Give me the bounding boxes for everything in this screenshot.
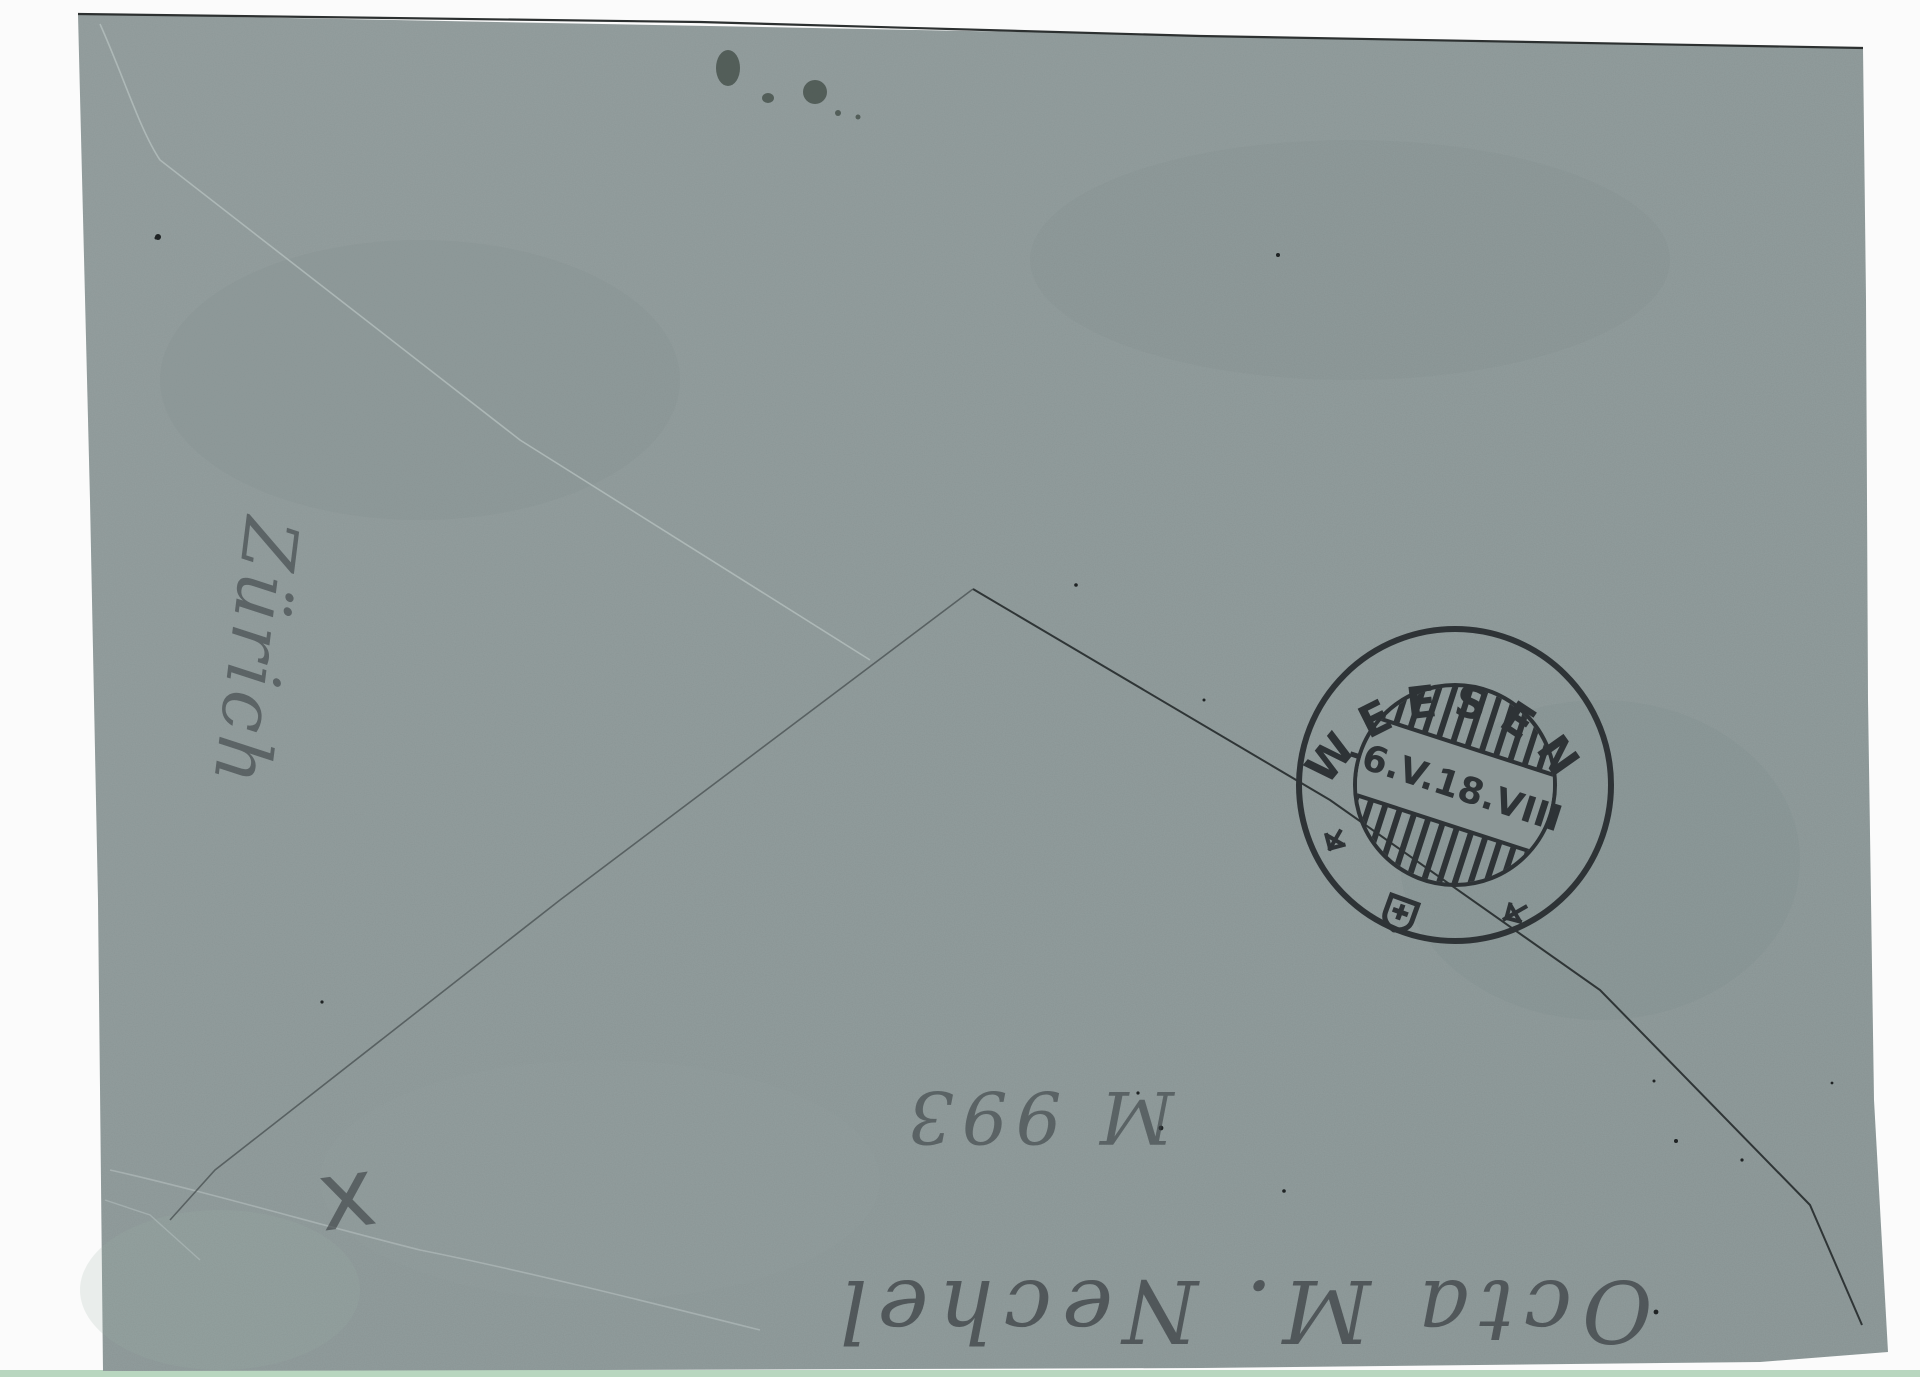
- handwritten-reference-number: M 993: [900, 1075, 1174, 1159]
- swiss-cross-icon: [1381, 895, 1418, 935]
- handwritten-sender-name: Octa M. Nechel: [830, 1260, 1653, 1360]
- envelope-scan: Zürich M 993 Octa M. Nechel x: [0, 0, 1920, 1377]
- postmark: -6.V.18.VIII WEESEN: [1290, 620, 1620, 950]
- star-ornament-icon: [1318, 823, 1352, 857]
- scanner-edge-strip: [0, 1370, 1920, 1377]
